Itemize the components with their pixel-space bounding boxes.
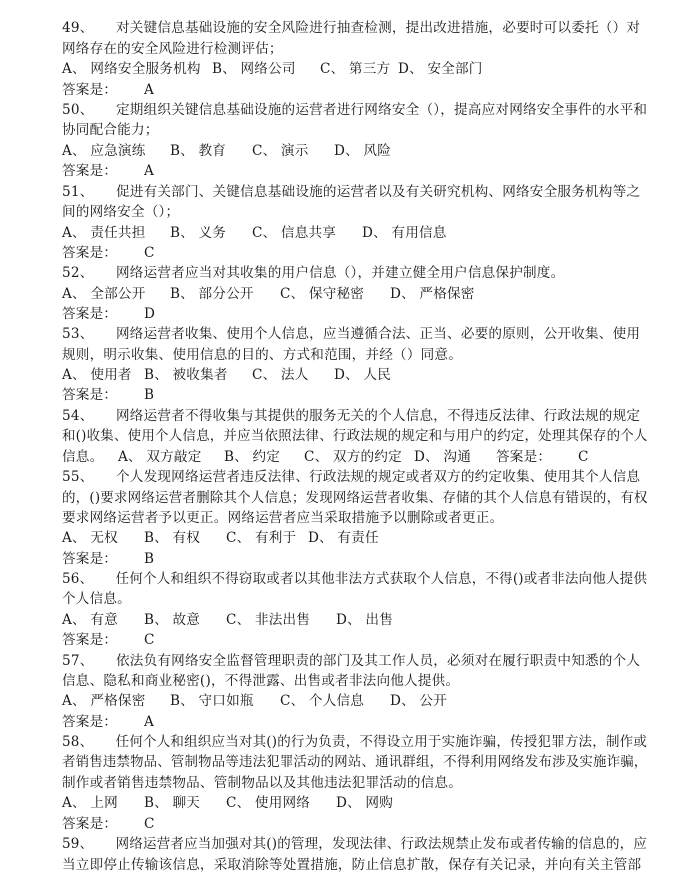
question-number: 50、 <box>62 100 116 120</box>
option-b: B、 义务 <box>170 223 252 243</box>
option-d: D、 安全部门 <box>398 59 483 79</box>
question-text: 和()收集、使用个人信息，并应当依照法律、行政法规的规定和与用户的约定，处理其保… <box>62 428 648 444</box>
question-50-answer: 答案是：A <box>62 161 647 181</box>
question-52-options: A、 全部公开B、 部分公开C、 保守秘密D、 严格保密 <box>62 284 647 304</box>
option-b: B、 部分公开 <box>170 284 280 304</box>
option-a: A、 有意 <box>62 610 144 630</box>
answer-label: 答案是： <box>62 161 114 181</box>
question-number: 59、 <box>62 834 116 854</box>
question-text: 者销售违禁物品、管制物品等违法犯罪活动的网站、通讯群组，不得利用网络发布涉及实施… <box>62 754 647 770</box>
answer-label: 答案是： <box>62 630 114 650</box>
question-52-answer: 答案是：D <box>62 304 647 324</box>
answer-label: 答案是： <box>62 304 114 324</box>
answer-value: A <box>144 161 154 181</box>
option-a: A、 网络安全服务机构 <box>62 59 212 79</box>
answer-label: 答案是： <box>62 243 114 263</box>
answer-value: B <box>144 549 154 569</box>
question-text: 网络运营者应当加强对其()的管理，发现法律、行政法规禁止发布或者传输的信息的，应 <box>116 836 647 852</box>
option-c: C、 信息共享 <box>252 223 362 243</box>
question-56-line-1: 56、任何个人和组织不得窃取或者以其他非法方式获取个人信息，不得()或者非法向他… <box>62 569 647 589</box>
question-text: 间的网络安全（）； <box>62 204 179 220</box>
answer-label: 答案是： <box>62 80 114 100</box>
option-b: B、 网络公司 <box>212 59 320 79</box>
option-b: B、 故意 <box>144 610 226 630</box>
question-52-line-1: 52、网络运营者应当对其收集的用户信息（），并建立健全用户信息保护制度。 <box>62 263 647 283</box>
option-d: D、 严格保密 <box>390 284 475 304</box>
question-text: 对关键信息基础设施的安全风险进行抽查检测，提出改进措施，必要时可以委托（）对 <box>116 20 640 36</box>
answer-label: 答案是： <box>62 549 114 569</box>
question-number: 53、 <box>62 324 116 344</box>
answer-label: 答案是： <box>62 814 114 834</box>
question-53-answer: 答案是：B <box>62 385 647 405</box>
question-49-line-2: 网络存在的安全风险进行检测评估； <box>62 39 647 59</box>
question-text: 信息、隐私和商业秘密()，不得泄露、出售或者非法向他人提供。 <box>62 673 459 689</box>
question-56-answer: 答案是：C <box>62 630 647 650</box>
option-c: C、 法人 <box>252 365 334 385</box>
question-text: 网络存在的安全风险进行检测评估； <box>62 41 283 57</box>
question-55-line-2: 的，()要求网络运营者删除其个人信息；发现网络运营者收集、存储的其个人信息有错误… <box>62 488 647 508</box>
question-57-options: A、 严格保密B、 守口如瓶C、 个人信息D、 公开 <box>62 691 647 711</box>
option-c: C、 使用网络 <box>226 793 336 813</box>
option-a: A、 无权 <box>62 528 144 548</box>
question-51-options: A、 责任共担B、 义务C、 信息共享D、 有用信息 <box>62 223 647 243</box>
question-54-options-answer: 信息。A、 双方敲定B、 约定C、 双方的约定D、 沟通答案是：C <box>62 447 647 467</box>
question-55-options: A、 无权B、 有权C、 有利于D、 有责任 <box>62 528 647 548</box>
question-57-line-1: 57、依法负有网络安全监督管理职责的部门及其工作人员，必须对在履行职责中知悉的个… <box>62 651 647 671</box>
question-57-answer: 答案是：A <box>62 712 647 732</box>
question-text: 网络运营者应当对其收集的用户信息（），并建立健全用户信息保护制度。 <box>116 265 564 281</box>
question-text: 网络运营者不得收集与其提供的服务无关的个人信息，不得违反法律、行政法规的规定 <box>116 408 640 424</box>
question-text: 的，()要求网络运营者删除其个人信息；发现网络运营者收集、存储的其个人信息有错误… <box>62 490 648 506</box>
question-53-line-2: 规则，明示收集、使用信息的目的、方式和范围，并经（）同意。 <box>62 345 647 365</box>
option-d: D、 人民 <box>334 365 391 385</box>
document-page: 49、对关键信息基础设施的安全风险进行抽查检测，提出改进措施，必要时可以委托（）… <box>0 0 697 887</box>
question-56-options: A、 有意B、 故意C、 非法出售D、 出售 <box>62 610 647 630</box>
question-55-line-3: 要求网络运营者予以更正。网络运营者应当采取措施予以删除或者更正。 <box>62 508 647 528</box>
question-51-line-2: 间的网络安全（）； <box>62 202 647 222</box>
question-text: 当立即停止传输该信息，采取消除等处置措施，防止信息扩散，保存有关记录，并向有关主… <box>62 857 641 873</box>
option-a: A、 严格保密 <box>62 691 170 711</box>
answer-value: C <box>578 447 589 467</box>
question-49-line-1: 49、对关键信息基础设施的安全风险进行抽查检测，提出改进措施，必要时可以委托（）… <box>62 18 647 38</box>
question-50-line-2: 协同配合能力； <box>62 120 647 140</box>
option-c: C、 双方的约定 <box>304 447 414 467</box>
question-text: 任何个人和组织应当对其()的行为负责，不得设立用于实施诈骗，传授犯罪方法，制作或 <box>116 734 647 750</box>
question-text: 个人信息。 <box>62 591 131 607</box>
option-a: A、 双方敲定 <box>118 447 224 467</box>
question-54-line-2: 和()收集、使用个人信息，并应当依照法律、行政法规的规定和与用户的约定，处理其保… <box>62 426 647 446</box>
question-number: 52、 <box>62 263 116 283</box>
option-b: B、 约定 <box>224 447 304 467</box>
question-number: 49、 <box>62 18 116 38</box>
option-b: B、 有权 <box>144 528 226 548</box>
question-text: 促进有关部门、关键信息基础设施的运营者以及有关研究机构、网络安全服务机构等之 <box>116 184 640 200</box>
answer-value: B <box>144 385 154 405</box>
option-b: B、 守口如瓶 <box>170 691 280 711</box>
question-58-line-1: 58、任何个人和组织应当对其()的行为负责，不得设立用于实施诈骗，传授犯罪方法，… <box>62 732 647 752</box>
question-text: 协同配合能力； <box>62 122 159 138</box>
question-text: 依法负有网络安全监督管理职责的部门及其工作人员，必须对在履行职责中知悉的个人 <box>116 653 640 669</box>
question-56-line-2: 个人信息。 <box>62 589 647 609</box>
question-number: 58、 <box>62 732 116 752</box>
question-57-line-2: 信息、隐私和商业秘密()，不得泄露、出售或者非法向他人提供。 <box>62 671 647 691</box>
question-number: 57、 <box>62 651 116 671</box>
question-49-answer: 答案是：A <box>62 80 647 100</box>
question-50-options: A、 应急演练B、 教育C、 演示D、 风险 <box>62 141 647 161</box>
question-54-line-1: 54、网络运营者不得收集与其提供的服务无关的个人信息，不得违反法律、行政法规的规… <box>62 406 647 426</box>
question-50-line-1: 50、定期组织关键信息基础设施的运营者进行网络安全（），提高应对网络安全事件的水… <box>62 100 647 120</box>
option-a: A、 应急演练 <box>62 141 170 161</box>
question-number: 56、 <box>62 569 116 589</box>
option-b: B、 被收集者 <box>144 365 252 385</box>
option-c: C、 第三方 <box>320 59 398 79</box>
question-55-answer: 答案是：B <box>62 549 647 569</box>
question-53-options: A、 使用者B、 被收集者C、 法人D、 人民 <box>62 365 647 385</box>
question-text: 网络运营者收集、使用个人信息，应当遵循合法、正当、必要的原则，公开收集、使用 <box>116 326 640 342</box>
option-c: C、 演示 <box>252 141 334 161</box>
question-58-line-2: 者销售违禁物品、管制物品等违法犯罪活动的网站、通讯群组，不得利用网络发布涉及实施… <box>62 752 647 772</box>
question-text: 定期组织关键信息基础设施的运营者进行网络安全（），提高应对网络安全事件的水平和 <box>116 102 647 118</box>
answer-value: C <box>144 814 155 834</box>
answer-value: D <box>144 304 155 324</box>
option-c: C、 非法出售 <box>226 610 336 630</box>
question-51-line-1: 51、促进有关部门、关键信息基础设施的运营者以及有关研究机构、网络安全服务机构等… <box>62 182 647 202</box>
option-a: A、 责任共担 <box>62 223 170 243</box>
option-b: B、 教育 <box>170 141 252 161</box>
option-c: C、 个人信息 <box>280 691 390 711</box>
question-text: 规则，明示收集、使用信息的目的、方式和范围，并经（）同意。 <box>62 347 462 363</box>
option-a: A、 上网 <box>62 793 144 813</box>
question-text: 要求网络运营者予以更正。网络运营者应当采取措施予以删除或者更正。 <box>62 510 503 526</box>
option-d: D、 沟通 <box>414 447 496 467</box>
option-d: D、 公开 <box>390 691 447 711</box>
answer-value: C <box>144 630 155 650</box>
question-55-line-1: 55、个人发现网络运营者违反法律、行政法规的规定或者双方的约定收集、使用其个人信… <box>62 467 647 487</box>
question-53-line-1: 53、网络运营者收集、使用个人信息，应当遵循合法、正当、必要的原则，公开收集、使… <box>62 324 647 344</box>
question-58-options: A、 上网B、 聊天C、 使用网络D、 网购 <box>62 793 647 813</box>
question-58-answer: 答案是：C <box>62 814 647 834</box>
answer-label: 答案是： <box>496 447 578 467</box>
answer-value: A <box>144 712 154 732</box>
question-number: 54、 <box>62 406 116 426</box>
question-text: 任何个人和组织不得窃取或者以其他非法方式获取个人信息，不得()或者非法向他人提供 <box>116 571 647 587</box>
answer-value: A <box>144 80 154 100</box>
question-number: 55、 <box>62 467 116 487</box>
question-number: 51、 <box>62 182 116 202</box>
option-b: B、 聊天 <box>144 793 226 813</box>
option-c: C、 保守秘密 <box>280 284 390 304</box>
option-a: A、 使用者 <box>62 365 144 385</box>
option-d: D、 风险 <box>334 141 391 161</box>
question-59-line-2: 当立即停止传输该信息，采取消除等处置措施，防止信息扩散，保存有关记录，并向有关主… <box>62 855 647 875</box>
question-text: 个人发现网络运营者违反法律、行政法规的规定或者双方的约定收集、使用其个人信息 <box>116 469 640 485</box>
option-c: C、 有利于 <box>226 528 308 548</box>
option-d: D、 出售 <box>336 610 393 630</box>
option-a: A、 全部公开 <box>62 284 170 304</box>
question-51-answer: 答案是：C <box>62 243 647 263</box>
question-59-line-1: 59、网络运营者应当加强对其()的管理，发现法律、行政法规禁止发布或者传输的信息… <box>62 834 647 854</box>
option-d: D、 网购 <box>336 793 393 813</box>
option-d: D、 有责任 <box>308 528 379 548</box>
answer-value: C <box>144 243 155 263</box>
question-49-options: A、 网络安全服务机构B、 网络公司C、 第三方D、 安全部门 <box>62 59 647 79</box>
question-58-line-3: 制作或者销售违禁物品、管制物品以及其他违法犯罪活动的信息。 <box>62 773 647 793</box>
option-d: D、 有用信息 <box>362 223 447 243</box>
question-text: 制作或者销售违禁物品、管制物品以及其他违法犯罪活动的信息。 <box>62 775 462 791</box>
question-text: 信息。 <box>62 447 118 467</box>
answer-label: 答案是： <box>62 712 114 732</box>
answer-label: 答案是： <box>62 385 114 405</box>
